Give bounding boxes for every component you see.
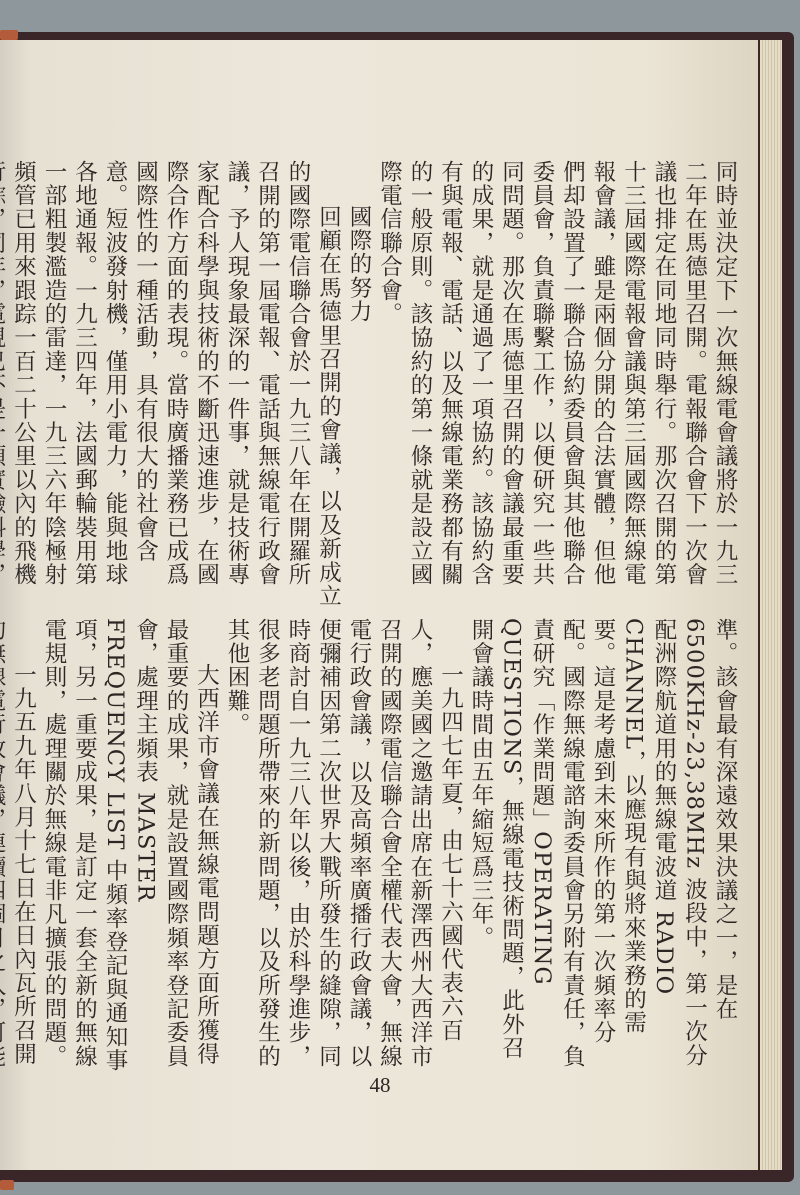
section-heading: 國際的努力 [344, 160, 375, 610]
page-edges [760, 40, 782, 1170]
lower-text-block: 準。該會最有深遠效果決議之一，是在 6500KHz-23,38MHz 波段中，第… [150, 618, 740, 1073]
paragraph: 大西洋市會議在無線電問題方面所獲得最重要的成果，就是設置國際頻率登記委員會，處理… [39, 618, 222, 1073]
cover-scuff [0, 1180, 14, 1190]
paragraph: 同時並決定下一次無線電會議將於一九三二年在馬德里召開。電報聯合會下一次會議也排定… [374, 160, 740, 610]
paragraph: 回顧在馬德里召開的會議，以及新成立的國際電信聯合會於一九三八年在開羅所召開的第一… [0, 160, 344, 610]
cover-scuff [0, 30, 18, 40]
paragraph: 準。該會最有深遠效果決議之一，是在 6500KHz-23,38MHz 波段中，第… [466, 618, 741, 1073]
page-number: 48 [360, 1073, 400, 1098]
paragraph: 一九五九年八月十七日在日內瓦所召開的無線電行政會議，連續四個月之久，可能是國際電… [0, 618, 39, 1073]
paragraph: 一九四七年夏，由七十六國代表六百人，應美國之邀請出席在新澤西州大西洋市召開的國際… [222, 618, 466, 1073]
upper-text-block: 同時並決定下一次無線電會議將於一九三二年在馬德里召開。電報聯合會下一次會議也排定… [150, 160, 740, 610]
